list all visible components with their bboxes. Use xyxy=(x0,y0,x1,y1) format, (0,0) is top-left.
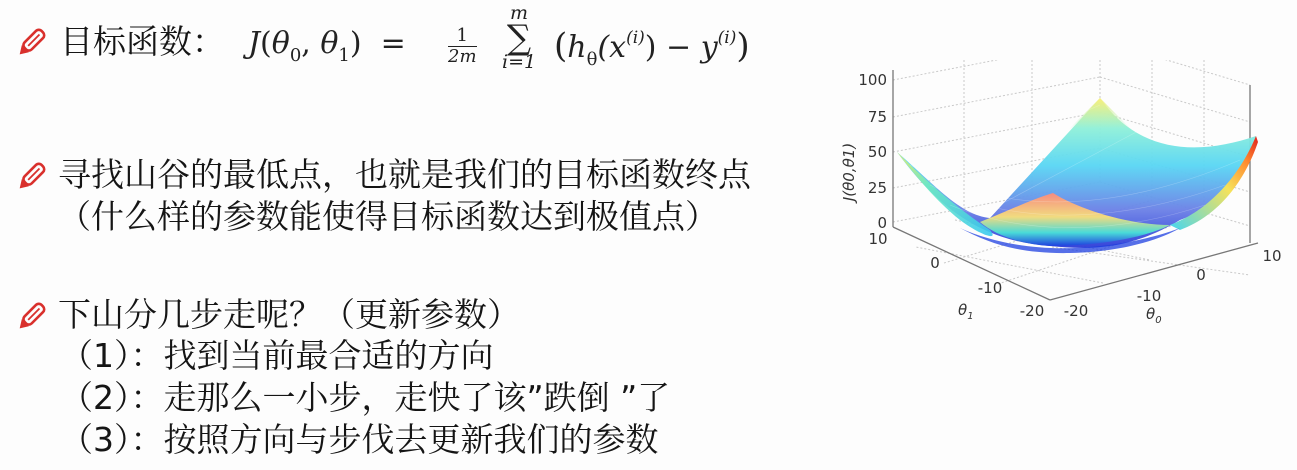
z-tick-50: 50 xyxy=(868,143,887,161)
theta1-axis-label: θ1 xyxy=(958,301,974,322)
bullet-steps-title: 下山分几步走呢？（更新参数） xyxy=(58,295,520,335)
z-tick-100: 100 xyxy=(858,71,887,89)
cost-surface-3d-plot: 100 75 50 25 0 J(θ0,θ1) 10 0 -10 -20 θ1 … xyxy=(840,60,1297,340)
theta0-tick-minus20: -20 xyxy=(1064,302,1089,320)
pencil-icon xyxy=(14,160,48,194)
bullet-find-valley-line2: （什么样的参数能使得目标函数达到极值点） xyxy=(58,197,718,237)
theta1-tick-minus20: -20 xyxy=(1020,302,1045,320)
bullet-objective-label: 目标函数： xyxy=(60,22,225,62)
z-axis-label: J(θ0,θ1) xyxy=(840,143,858,204)
step-item-1: （1）：找到当前最合适的方向 xyxy=(60,336,494,376)
theta0-tick-minus10: -10 xyxy=(1137,287,1162,305)
pencil-icon xyxy=(14,26,48,60)
theta1-tick-0: 0 xyxy=(930,254,940,272)
bullet-find-valley-line1: 寻找山谷的最低点，也就是我们的目标函数终点 xyxy=(58,155,751,195)
z-tick-25: 25 xyxy=(868,179,887,197)
theta0-axis-label: θ0 xyxy=(1146,305,1162,326)
step-item-2: （2）：走那么一小步，走快了该”跌倒 ”了 xyxy=(60,378,670,418)
step-item-3: （3）：按照方向与步伐去更新我们的参数 xyxy=(60,420,659,460)
theta0-tick-10: 10 xyxy=(1262,247,1281,265)
theta1-tick-10: 10 xyxy=(868,230,887,248)
theta1-tick-minus10: -10 xyxy=(978,279,1003,297)
theta0-tick-0: 0 xyxy=(1196,266,1206,284)
pencil-icon xyxy=(14,300,48,334)
z-tick-75: 75 xyxy=(868,108,887,126)
